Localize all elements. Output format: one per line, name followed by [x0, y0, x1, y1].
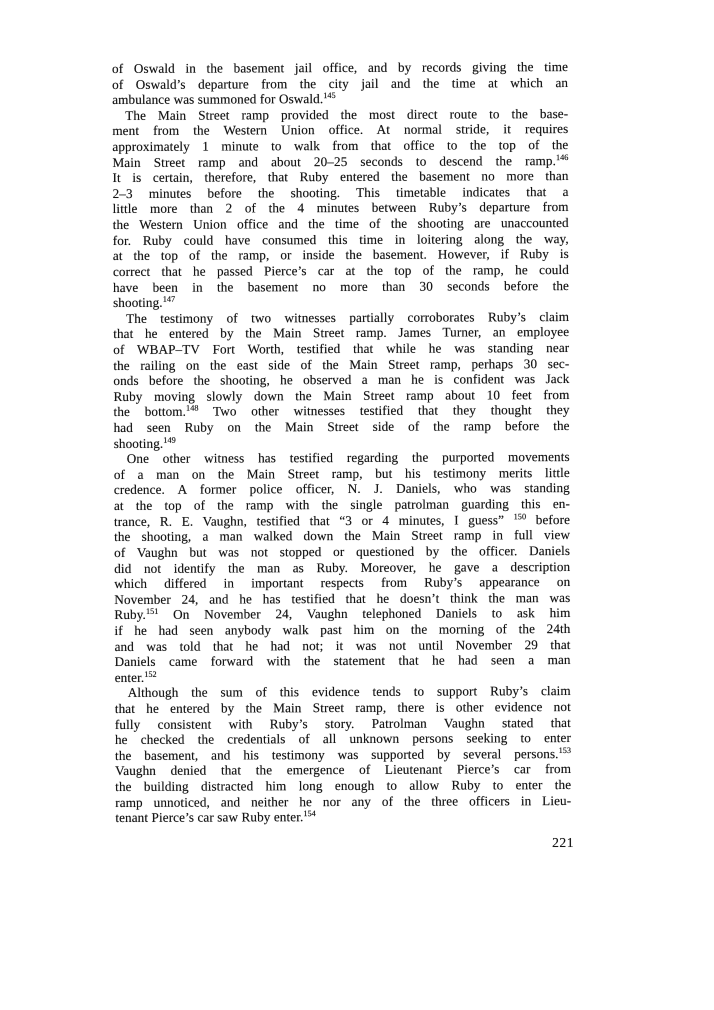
text-line: tenant Pierce’s car saw Ruby enter.154 — [115, 808, 571, 826]
text-segment: credence. A former police officer, N. J.… — [114, 480, 570, 497]
page-number: 221 — [112, 835, 574, 851]
text-line: Daniels came forward with the statement … — [115, 652, 571, 670]
text-segment: Daniels came forward with the statement … — [115, 652, 571, 669]
text-segment: of WBAP–TV Fort Worth, testified that wh… — [113, 340, 569, 357]
text-line: ramp unnoticed, and neither he nor any o… — [115, 793, 571, 811]
footnote-reference: 152 — [144, 670, 156, 679]
text-line: have been in the basement no more than 3… — [113, 278, 569, 296]
text-segment: of Vaughn but was not stopped or questio… — [114, 543, 570, 560]
text-segment: which differed in important respects fro… — [114, 574, 570, 591]
text-segment: correct that he passed Pierce’s car at t… — [113, 262, 569, 279]
text-segment: ambulance was summoned for Oswald. — [112, 91, 323, 107]
text-segment: shooting. — [113, 295, 163, 310]
text-segment: ment from the Western Union office. At n… — [112, 121, 568, 138]
text-segment: The Main Street ramp provided the most d… — [125, 106, 568, 123]
text-segment: of Oswald’s departure from the city jail… — [112, 75, 568, 92]
text-segment: November 24, and he has testified that h… — [114, 590, 570, 607]
text-segment: had seen Ruby on the Main Street side of… — [114, 418, 570, 435]
text-segment: did not identify the man as Ruby. Moreov… — [114, 559, 570, 576]
text-segment: he checked the credentials of all unknow… — [115, 730, 571, 747]
text-segment: that he entered by the Main Street ramp,… — [115, 699, 571, 716]
text-segment: the shooting, a man walked down the Main… — [114, 527, 570, 544]
text-segment: onds before the shooting, he observed a … — [113, 371, 569, 388]
footnote-reference: 151 — [146, 607, 158, 616]
text-segment: One other witness has testified regardin… — [127, 449, 570, 466]
text-segment: Ruby moving slowly down the Main Street … — [113, 387, 569, 404]
text-segment: approximately 1 minute to walk from that… — [112, 137, 568, 154]
text-segment: tenant Pierce’s car saw Ruby enter. — [115, 809, 303, 825]
footnote-reference: 147 — [163, 295, 175, 304]
text-line: had seen Ruby on the Main Street side of… — [114, 418, 570, 436]
text-segment: for. Ruby could have consumed this time … — [113, 231, 569, 248]
text-segment: Main Street ramp and about 20–25 seconds… — [112, 153, 556, 170]
text-segment: It is certain, therefore, that Ruby ente… — [112, 168, 568, 185]
text-segment: that he entered by the Main Street ramp.… — [113, 324, 569, 341]
text-segment: little more than 2 of the 4 minutes betw… — [113, 199, 569, 216]
footnote-reference: 150 — [514, 512, 526, 521]
footnote-reference: 149 — [163, 435, 175, 444]
text-segment: On November 24, Vaughn telephoned Daniel… — [158, 605, 570, 622]
text-segment: before — [526, 512, 570, 527]
text-segment: of Oswald in the basement jail office, a… — [112, 59, 568, 76]
text-segment: Although the sum of this evidence tends … — [128, 683, 571, 700]
footnote-reference: 146 — [556, 153, 568, 162]
text-segment: ramp unnoticed, and neither he nor any o… — [115, 793, 571, 810]
text-segment: The testimony of two witnesses partially… — [126, 309, 569, 326]
document-page: of Oswald in the basement jail office, a… — [0, 0, 714, 1010]
text-segment: and was told that he had not; it was not… — [115, 637, 571, 654]
text-segment: the building distracted him long enough … — [115, 777, 571, 794]
footnote-reference: 148 — [186, 404, 198, 413]
text-segment: the bottom. — [113, 404, 186, 419]
text-block: of Oswald in the basement jail office, a… — [112, 59, 571, 826]
text-line: of Oswald’s departure from the city jail… — [112, 75, 568, 93]
text-segment: at the top of the ramp, or inside the ba… — [113, 246, 569, 263]
text-segment: at the top of the ramp with the single p… — [114, 496, 570, 513]
text-segment: the basement, and his testimony was supp… — [115, 746, 559, 763]
footnote-reference: 145 — [323, 91, 335, 100]
text-segment: the railing on the east side of the Main… — [113, 356, 569, 373]
text-segment: shooting. — [114, 435, 164, 450]
text-segment: have been in the basement no more than 3… — [113, 278, 569, 295]
text-segment: the Western Union office and the time of… — [113, 215, 569, 232]
text-segment: Vaughn denied that the emergence of Lieu… — [115, 761, 571, 778]
footnote-reference: 153 — [559, 746, 571, 755]
text-segment: fully consistent with Ruby’s story. Patr… — [115, 715, 571, 732]
footnote-reference: 154 — [303, 809, 315, 818]
text-segment: Ruby. — [114, 607, 146, 622]
text-segment: Two other witnesses testified that they … — [198, 402, 569, 419]
text-segment: 2–3 minutes before the shooting. This ti… — [113, 184, 569, 201]
text-segment: if he had seen anybody walk past him on … — [114, 621, 570, 638]
text-segment: enter. — [115, 670, 145, 685]
text-segment: of a man on the Main Street ramp, but hi… — [114, 465, 570, 482]
text-segment: trance, R. E. Vaughn, testified that “3 … — [114, 512, 514, 529]
